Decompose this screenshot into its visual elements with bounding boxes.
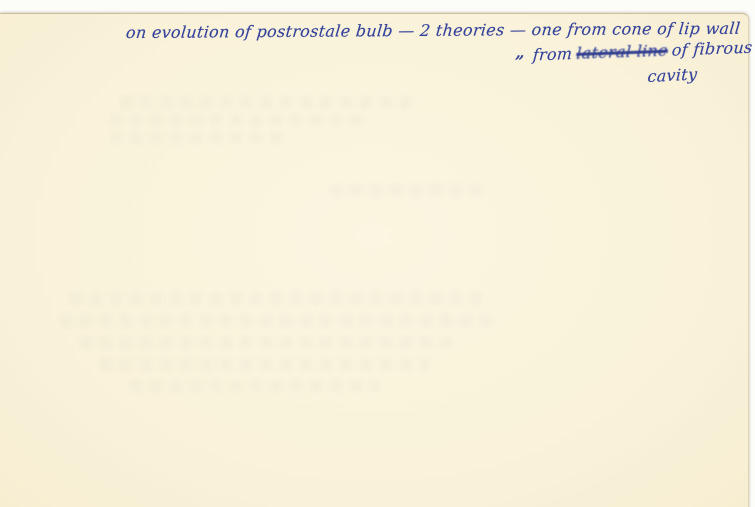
struck-out-text: lateral line <box>576 41 669 63</box>
ditto-mark: „ <box>515 43 526 62</box>
handwritten-line-1: on evolution of postrostale bulb — 2 the… <box>125 19 741 42</box>
index-card: on evolution of postrostale bulb — 2 the… <box>0 13 749 507</box>
bleed-through-ghost-text <box>120 96 420 109</box>
line2-suffix: of fibrous <box>671 38 753 60</box>
bleed-through-ghost-text <box>100 358 430 371</box>
bleed-through-ghost-text <box>80 336 460 349</box>
line2-word-from: from <box>532 44 573 64</box>
bleed-through-ghost-text <box>60 314 500 327</box>
bleed-through-ghost-text <box>330 184 490 196</box>
handwritten-line-3: cavity <box>647 64 698 86</box>
bleed-through-ghost-text <box>110 114 370 126</box>
scan-background: on evolution of postrostale bulb — 2 the… <box>0 0 755 507</box>
bleed-through-ghost-text <box>130 380 380 392</box>
handwritten-line-2: „fromlateral lineof fibrous <box>515 38 754 65</box>
bleed-through-ghost-text <box>70 292 490 305</box>
bleed-through-ghost-text <box>110 132 290 144</box>
